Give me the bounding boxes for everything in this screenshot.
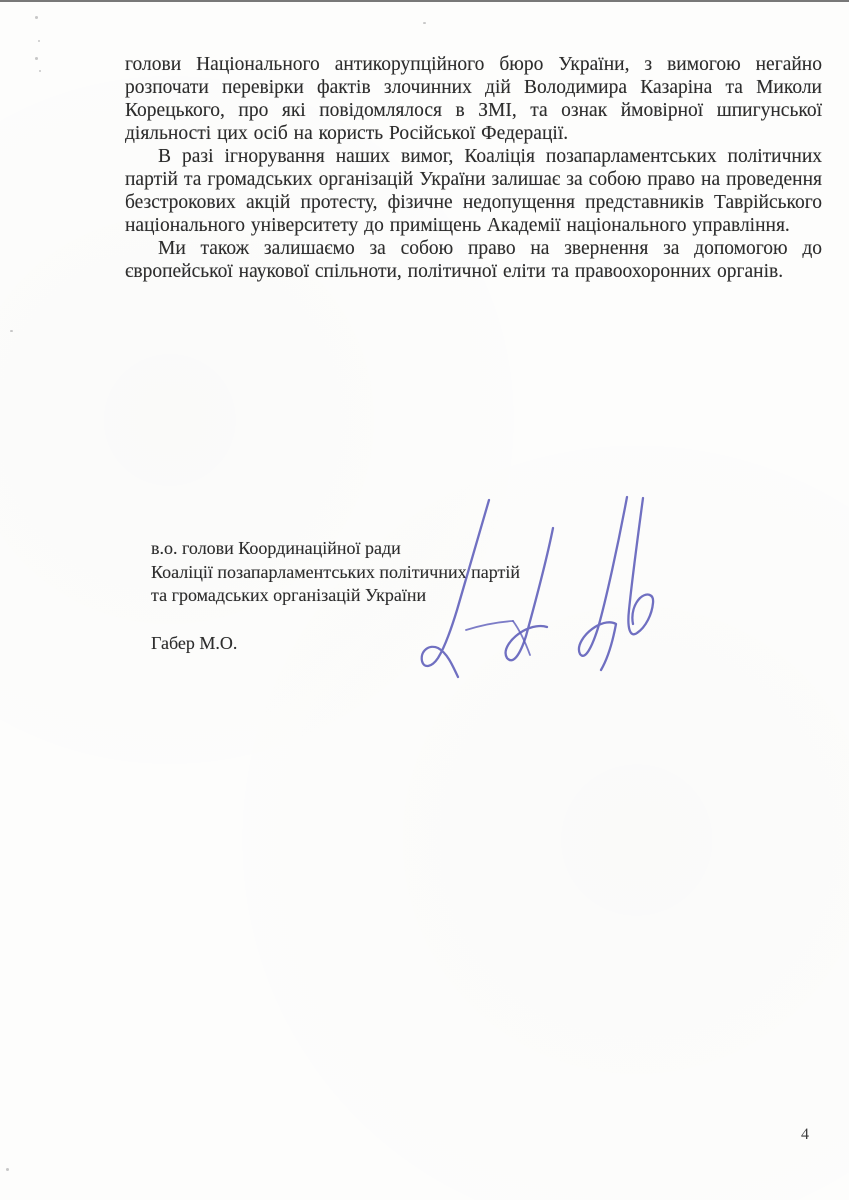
handwritten-signature (400, 480, 670, 695)
scan-speck (38, 40, 40, 42)
paragraph-demands: В разі ігнорування наших вимог, Коаліція… (125, 145, 822, 237)
scan-speck (423, 22, 426, 24)
letter-body: голови Національного антикорупційного бю… (125, 53, 822, 283)
scan-artifact-top-edge (0, 0, 849, 2)
scan-speck (10, 330, 13, 332)
scan-speck (35, 57, 38, 60)
paragraph-continuation: голови Національного антикорупційного бю… (125, 53, 822, 145)
scan-speck (39, 70, 41, 72)
scan-speck (35, 16, 38, 19)
paragraph-appeal: Ми також залишаємо за собою право на зве… (125, 237, 822, 283)
scanned-letter-page: голови Національного антикорупційного бю… (0, 0, 849, 1200)
page-number: 4 (801, 1126, 809, 1144)
scan-speck (6, 1168, 9, 1171)
